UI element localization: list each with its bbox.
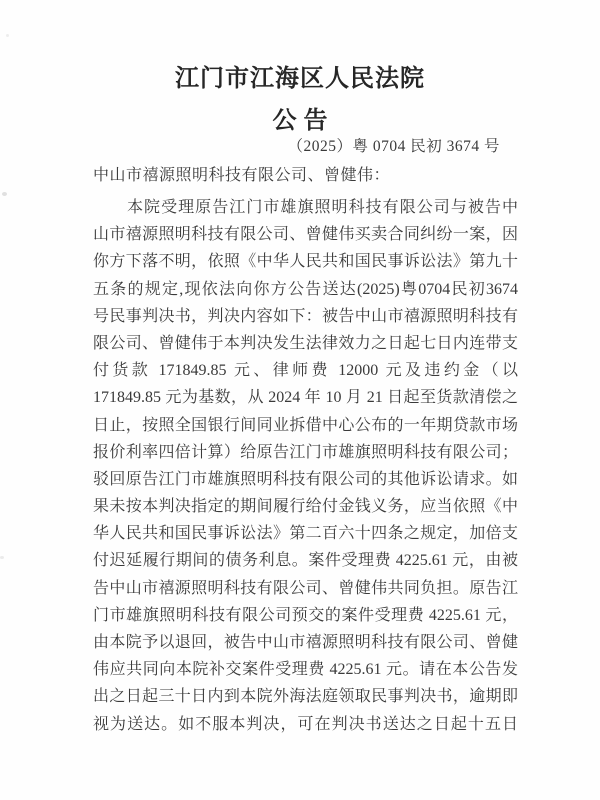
body-line: 驳回原告江门市雄旗照明科技有限公司的其他诉讼请求。如 bbox=[93, 466, 518, 493]
body-line: 视为送达。如不服本判决，可在判决书送达之日起十五日内， bbox=[93, 711, 518, 738]
body-line: 付货款 171849.85 元、律师费 12000 元及违约金（以 bbox=[93, 357, 518, 384]
body-line: 果未按本判决指定的期间履行给付金钱义务，应当依照《中 bbox=[93, 493, 518, 520]
body-line: 五条的规定,现依法向你方公告送达(2025)粤0704民初3674 bbox=[93, 276, 518, 303]
announcement-body: 本院受理原告江门市雄旗照明科技有限公司与被告中山市禧源照明科技有限公司、曾健伟买… bbox=[93, 194, 518, 738]
court-name-heading: 江门市江海区人民法院 bbox=[0, 58, 600, 93]
document-type-heading: 公告 bbox=[0, 100, 600, 135]
scan-speck bbox=[0, 556, 4, 559]
document-page: 江门市江海区人民法院 公告 （2025）粤 0704 民初 3674 号 中山市… bbox=[0, 0, 600, 800]
body-line: 本院受理原告江门市雄旗照明科技有限公司与被告中 bbox=[93, 194, 518, 221]
body-line: 由本院予以退回，被告中山市禧源照明科技有限公司、曾健 bbox=[93, 629, 518, 656]
body-line: 门市雄旗照明科技有限公司预交的案件受理费 4225.61 元， bbox=[93, 602, 518, 629]
scan-speck bbox=[6, 34, 9, 37]
body-line: 出之日起三十日内到本院外海法庭领取民事判决书，逾期即 bbox=[93, 683, 518, 710]
body-line: 171849.85 元为基数，从 2024 年 10 月 21 日起至货款清偿之 bbox=[93, 384, 518, 411]
body-line: 日止，按照全国银行间同业拆借中心公布的一年期贷款市场 bbox=[93, 412, 518, 439]
body-line: 告中山市禧源照明科技有限公司、曾健伟共同负担。原告江 bbox=[93, 575, 518, 602]
body-line: 你方下落不明，依照《中华人民共和国民事诉讼法》第九十 bbox=[93, 248, 518, 275]
body-line: 付迟延履行期间的债务利息。案件受理费 4225.61 元，由被 bbox=[93, 547, 518, 574]
body-line: 山市禧源照明科技有限公司、曾健伟买卖合同纠纷一案，因 bbox=[93, 221, 518, 248]
body-line: 报价利率四倍计算）给原告江门市雄旗照明科技有限公司； bbox=[93, 439, 518, 466]
case-number: （2025）粤 0704 民初 3674 号 bbox=[287, 134, 500, 156]
scan-speck bbox=[2, 192, 7, 196]
recipient-line: 中山市禧源照明科技有限公司、曾健伟： bbox=[93, 162, 518, 185]
body-line: 限公司、曾健伟于本判决发生法律效力之日起七日内连带支 bbox=[93, 330, 518, 357]
body-line: 伟应共同向本院补交案件受理费 4225.61 元。请在本公告发 bbox=[93, 656, 518, 683]
body-line: 号民事判决书，判决内容如下：被告中山市禧源照明科技有 bbox=[93, 303, 518, 330]
body-line: 华人民共和国民事诉讼法》第二百六十四条之规定，加倍支 bbox=[93, 520, 518, 547]
